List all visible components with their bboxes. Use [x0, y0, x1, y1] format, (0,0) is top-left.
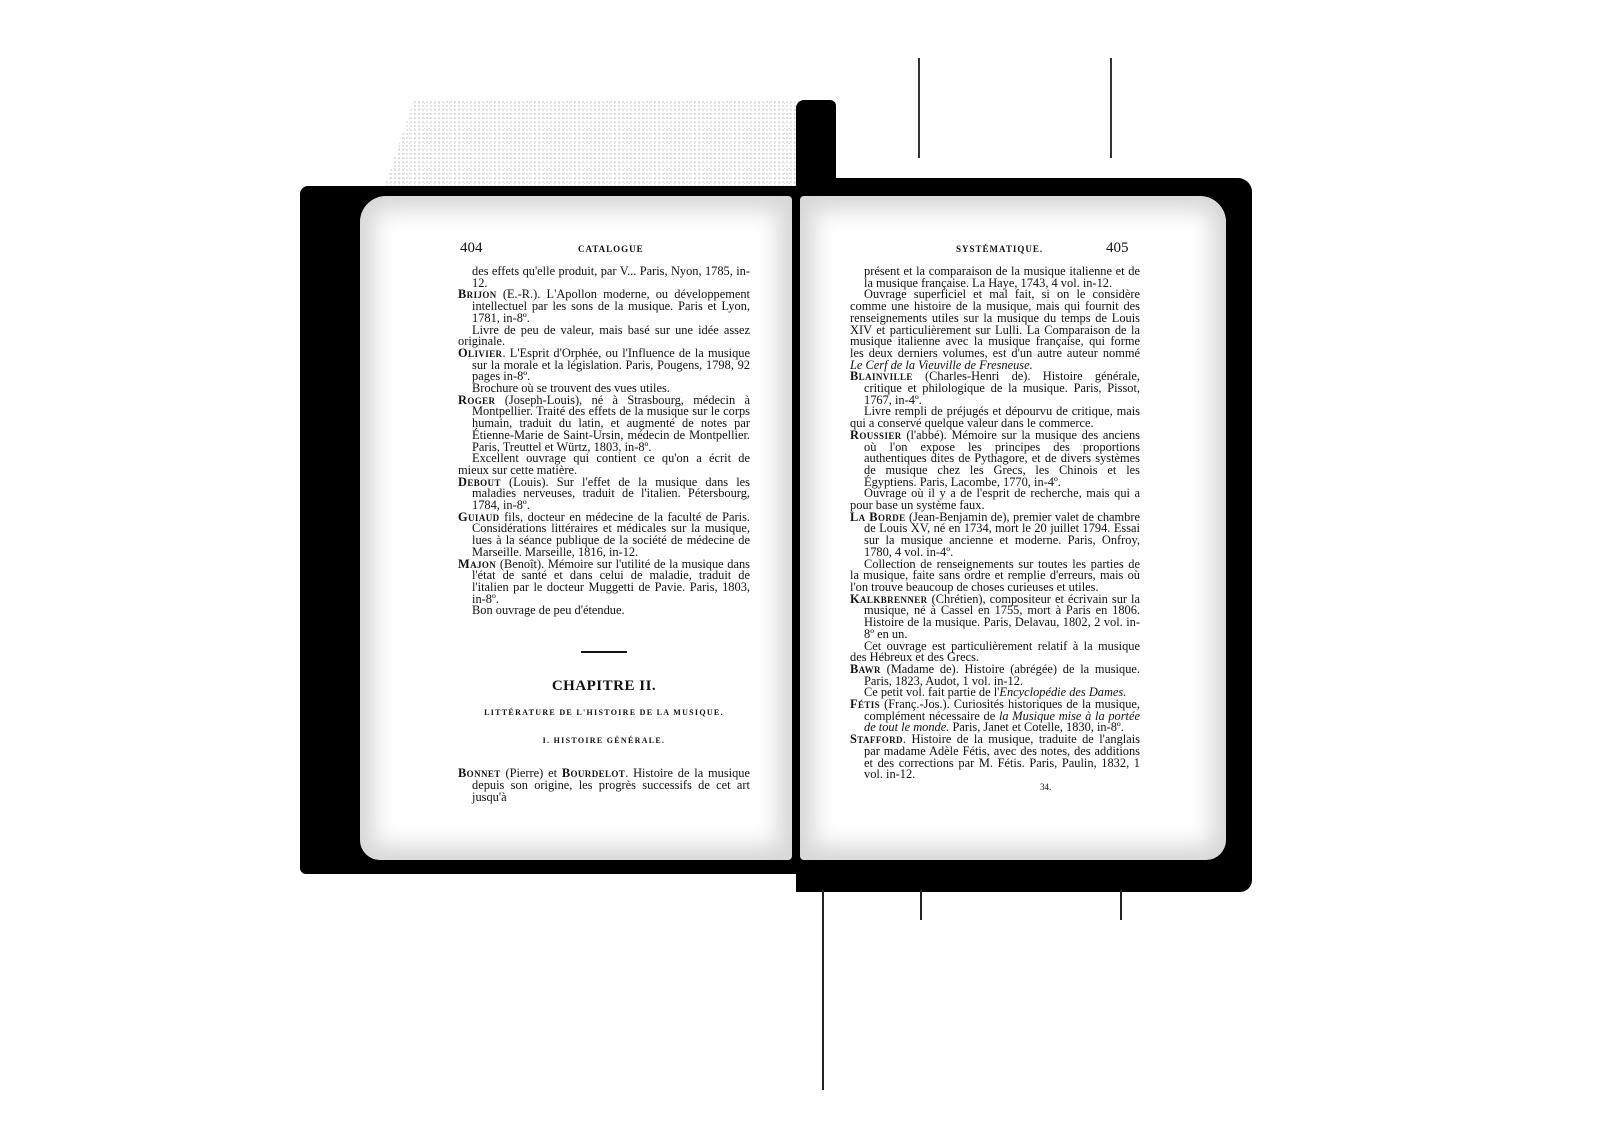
signature-mark: 34.	[1040, 782, 1051, 792]
catalog-entry: Kalkbrenner (Chrétien), compositeur et é…	[850, 594, 1140, 641]
continued-text: des effets qu'elle produit, par V... Par…	[458, 266, 750, 289]
entry-note: Livre de peu de valeur, mais basé sur un…	[458, 325, 750, 348]
left-page: 404 CATALOGUE des effets qu'elle produit…	[360, 196, 792, 860]
text-run: (Louis). Sur l'effet de la musique dans …	[472, 475, 750, 512]
text-run: (l'abbé). Mémoire sur la musique des anc…	[864, 428, 1140, 489]
catalog-entry: Brijon (E.-R.). L'Apollon moderne, ou dé…	[458, 289, 750, 324]
text-run: Ouvrage où il y a de l'esprit de recherc…	[850, 486, 1140, 512]
right-page-text: présent et la comparaison de la musique …	[850, 266, 1140, 781]
text-run: Livre rempli de préjugés et dépourvu de …	[850, 404, 1140, 430]
page-number: 405	[1106, 240, 1129, 257]
continued-text: présent et la comparaison de la musique …	[850, 266, 1140, 289]
text-run: Collection de renseignements sur toutes …	[850, 557, 1140, 594]
text-run: (Joseph-Louis), né à Strasbourg, médecin…	[472, 393, 750, 454]
cover-flap	[838, 50, 1268, 178]
entry-note: Ouvrage superficiel et mal fait, si on l…	[850, 289, 1140, 371]
text-run: (E.-R.). L'Apollon moderne, ou développe…	[472, 287, 750, 324]
text-run: . Histoire de la musique, traduite de l'…	[864, 732, 1140, 781]
page-tab-edge	[918, 58, 920, 158]
binding-line	[920, 890, 922, 920]
section-heading: I. HISTOIRE GÉNÉRALE.	[458, 735, 750, 747]
text-run: . L'Esprit d'Orphée, ou l'Influence de l…	[472, 346, 750, 383]
text-run: (Jean-Benjamin de), premier valet de cha…	[864, 510, 1140, 559]
scan-dust-area	[345, 100, 805, 195]
catalog-entry: Fétis (Franç.-Jos.). Curiosités historiq…	[850, 699, 1140, 734]
text-run: Cet ouvrage est particulièrement relatif…	[850, 639, 1140, 665]
running-head: SYSTÉMATIQUE.	[956, 244, 1043, 254]
entry-note: Ouvrage où il y a de l'esprit de recherc…	[850, 488, 1140, 511]
text-run: Ouvrage superficiel et mal fait, si on l…	[850, 287, 1140, 360]
chapter-title: CHAPITRE II.	[458, 681, 750, 693]
binding-line	[1120, 890, 1122, 920]
chapter-subtitle: LITTÉRATURE DE L'HISTOIRE DE LA MUSIQUE.	[458, 707, 750, 719]
text-run: Livre de peu de valeur, mais basé sur un…	[458, 323, 750, 349]
page-number: 404	[460, 240, 483, 257]
entry-note: Excellent ouvrage qui contient ce qu'on …	[458, 453, 750, 476]
catalog-entry: Roussier (l'abbé). Mémoire sur la musiqu…	[850, 430, 1140, 489]
text-run: Excellent ouvrage qui contient ce qu'on …	[458, 451, 750, 477]
page-tab-edge	[1110, 58, 1112, 158]
binding-line	[822, 890, 824, 1090]
catalog-entry: La Borde (Jean-Benjamin de), premier val…	[850, 512, 1140, 559]
entry-note: Cet ouvrage est particulièrement relatif…	[850, 641, 1140, 664]
catalog-entry: Guiaud fils, docteur en médecine de la f…	[458, 512, 750, 559]
catalog-entry: Stafford. Histoire de la musique, tradui…	[850, 734, 1140, 781]
catalog-entry: Bonnet (Pierre) et Bourdelot. Histoire d…	[458, 768, 750, 803]
catalog-entry: Roger (Joseph-Louis), né à Strasbourg, m…	[458, 395, 750, 454]
running-head: CATALOGUE	[578, 244, 644, 254]
catalog-entry: Olivier. L'Esprit d'Orphée, ou l'Influen…	[458, 348, 750, 383]
catalog-entry: Bawr (Madame de). Histoire (abrégée) de …	[850, 664, 1140, 687]
text-run: (Madame de). Histoire (abrégée) de la mu…	[864, 662, 1140, 688]
right-page: SYSTÉMATIQUE. 405 présent et la comparai…	[800, 196, 1226, 860]
left-page-text: des effets qu'elle produit, par V... Par…	[458, 266, 750, 803]
entry-note: Livre rempli de préjugés et dépourvu de …	[850, 406, 1140, 429]
catalog-entry: Majon (Benoît). Mémoire sur l'utilité de…	[458, 559, 750, 606]
catalog-entry: Debout (Louis). Sur l'effet de la musiqu…	[458, 477, 750, 512]
entry-note: Bon ouvrage de peu d'étendue.	[458, 605, 750, 617]
text-run: (Benoît). Mémoire sur l'utilité de la mu…	[472, 557, 750, 606]
text-run: Bon ouvrage de peu d'étendue.	[472, 603, 625, 617]
catalog-entry: Blainville (Charles-Henri de). Histoire …	[850, 371, 1140, 406]
text-run: des effets qu'elle produit, par V... Par…	[472, 264, 750, 290]
text-run: présent et la comparaison de la musique …	[864, 264, 1140, 290]
chapter-divider	[581, 651, 627, 653]
text-run: fils, docteur en médecine de la faculté …	[472, 510, 750, 559]
entry-note: Collection de renseignements sur toutes …	[850, 559, 1140, 594]
